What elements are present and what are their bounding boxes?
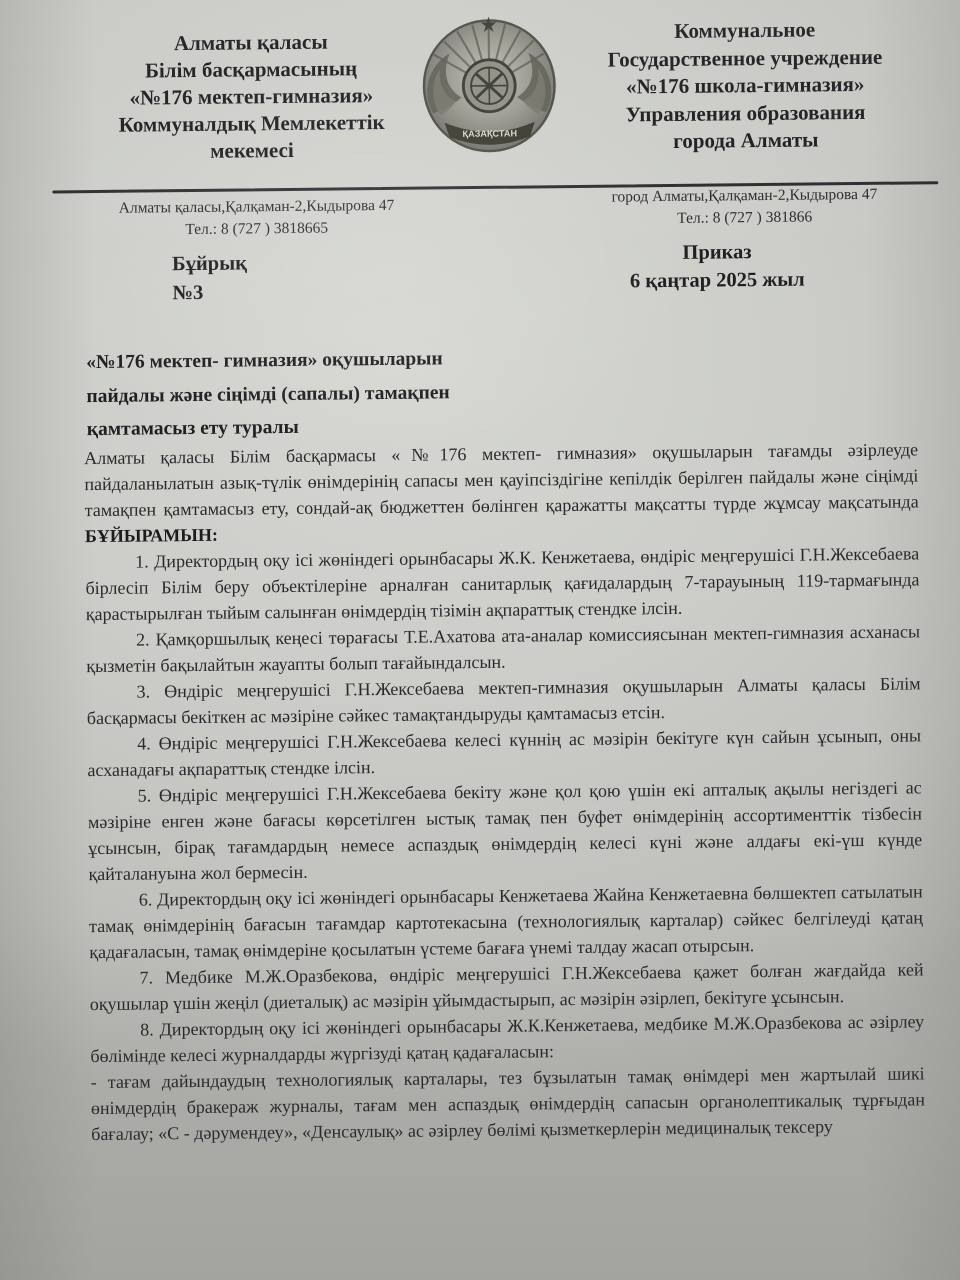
- org-name-line: города Алматы: [558, 125, 934, 156]
- phone-line: Тел.: 8 (727 ) 3818665: [87, 216, 427, 241]
- intro-emphasis: БҰЙЫРАМЫН:: [85, 525, 218, 546]
- address-line: Алматы қаласы,Қалқаман-2,Кыдырова 47: [86, 195, 426, 220]
- order-label-russian: Приказ 6 қаңтар 2025 жыл: [572, 237, 863, 296]
- order-label-kazakh: Бұйрық №3: [172, 249, 247, 308]
- order-item-4: 4. Өндіріс меңгерушісі Г.Н.Жексебаева ке…: [87, 722, 921, 783]
- intro-paragraph: Алматы қаласы Білім басқармасы «№176 мек…: [84, 436, 919, 549]
- org-name-line: Управления образования: [557, 98, 933, 129]
- paper-background: Алматы қаласы Білім басқармасының «№176 …: [0, 0, 960, 1280]
- order-item-1: 1. Директордың оқу ісі жөніндегі орынбас…: [85, 540, 920, 627]
- org-name-line: «№176 мектеп-гимназия»: [83, 82, 419, 113]
- subject-line: «№176 мектеп- гимназия» оқушыларын: [86, 342, 450, 379]
- order-item-6: 6. Директордың оқу ісі жөніндегі орынбас…: [89, 878, 924, 965]
- address-russian: город Алматы,Қалқаман-2,Кыдырова 47 Тел.…: [564, 183, 924, 230]
- order-item-7: 7. Медбике М.Ж.Оразбекова, өндіріс меңге…: [89, 956, 923, 1017]
- address-line: город Алматы,Қалқаман-2,Кыдырова 47: [564, 183, 924, 208]
- org-name-line: Алматы қаласы: [83, 28, 419, 59]
- order-subject: «№176 мектеп- гимназия» оқушыларын пайда…: [86, 342, 450, 446]
- order-number: №3: [172, 278, 247, 308]
- emblem-caption: ҚАЗАҚСТАН: [462, 128, 517, 139]
- subject-line: пайдалы және сіңімді (сапалы) тамақпен: [86, 376, 450, 413]
- order-date: 6 қаңтар 2025 жыл: [572, 265, 862, 296]
- address-kazakh: Алматы қаласы,Қалқаман-2,Кыдырова 47 Тел…: [86, 195, 426, 242]
- order-body: Алматы қаласы Білім басқармасы «№176 мек…: [84, 436, 925, 1147]
- org-name-line: Коммунальное: [557, 15, 933, 46]
- org-name-line: «№176 школа-гимназия»: [557, 70, 933, 101]
- org-name-russian: Коммунальное Государственное учреждение …: [557, 15, 934, 156]
- order-item-8: 8. Директордың оқу ісі жөніндегі орынбас…: [90, 1008, 924, 1069]
- phone-line: Тел.: 8 (727 ) 381866: [565, 205, 925, 230]
- kazakhstan-coat-of-arms-icon: ҚАЗАҚСТАН: [416, 7, 562, 158]
- intro-text: Алматы қаласы Білім басқармасы «№176 мек…: [84, 439, 919, 520]
- emblem-shanyrak: [463, 60, 515, 112]
- document-page: Алматы қаласы Білім басқармасының «№176 …: [0, 0, 960, 1280]
- order-item-5: 5. Өндіріс меңгерушісі Г.Н.Жексебаева бе…: [88, 774, 923, 887]
- order-title-ru: Приказ: [572, 237, 862, 268]
- org-name-line: Коммуналдық Мемлекеттік: [84, 109, 420, 140]
- org-name-line: Государственное учреждение: [557, 43, 933, 74]
- order-item-2: 2. Қамқоршылық кеңесі төрағасы Т.Е.Ахато…: [86, 618, 920, 679]
- journal-list-item: - тағам дайындаудың технологиялық картал…: [91, 1060, 926, 1147]
- org-name-line: Білім басқармасының: [83, 55, 419, 86]
- org-name-kazakh: Алматы қаласы Білім басқармасының «№176 …: [83, 28, 420, 167]
- order-title-kk: Бұйрық: [172, 249, 247, 279]
- org-name-line: мекемесі: [84, 136, 420, 167]
- order-item-3: 3. Өндіріс меңгерушісі Г.Н.Жексебаева ме…: [86, 670, 920, 731]
